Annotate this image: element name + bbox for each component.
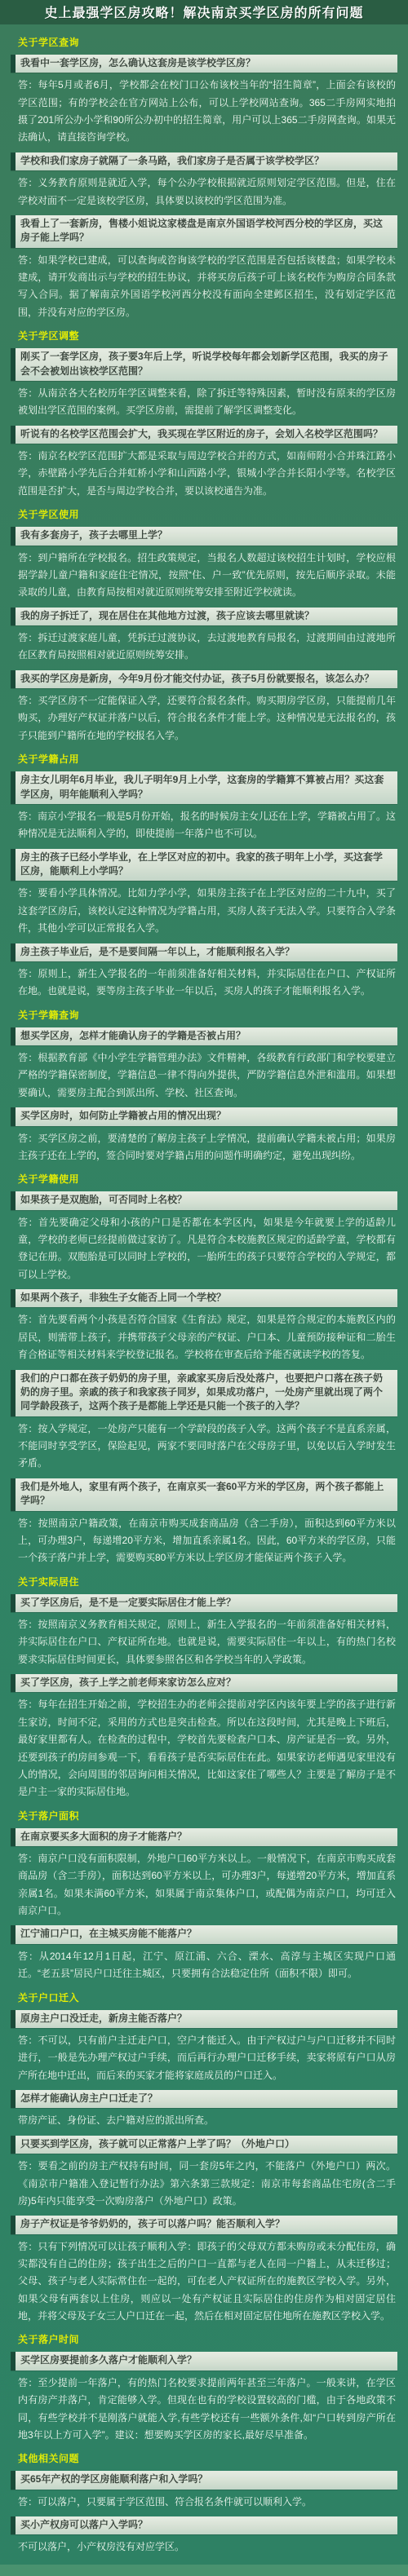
answer-text: 答：原则上，新生入学报名的一年前须准备好相关材料，并实际居住在户口、产权证所在地… <box>18 965 396 1001</box>
answer-text: 带房产证、身份证、去户籍对应的派出所查。 <box>18 2112 396 2129</box>
section-title: 关于学区调整 <box>18 329 397 342</box>
answer-text: 答：拆迁过渡家庭儿童，凭拆迁过渡协议，去过渡地教育局报名，过渡期间由过渡地所在区… <box>18 630 396 665</box>
answer-text: 答：从2014年12月1日起，江宁、原江浦、六合、溧水、高淳与主城区实现户口通迁… <box>18 1948 396 1983</box>
question-bar: 房子产权证是爷爷奶奶的，孩子可以落户吗？能否顺利入学？ <box>11 2216 397 2234</box>
section-title: 关于户口迁入 <box>18 1991 397 2004</box>
section-title: 其他相关问题 <box>18 2451 397 2465</box>
title-bar: 史上最强学区房攻略！解决南京买学区房的所有问题 <box>0 0 408 24</box>
page-footer <box>0 2565 408 2576</box>
question-bar: 我们是外地人，家里有两个孩子，在南京买一套60平方米的学区房，两个孩子都能上学吗… <box>11 1478 397 1511</box>
answer-text: 答：从南京各大名校历年学区调整来看，除了拆迁等特殊因素，暂时没有原来的学区房被划… <box>18 385 396 420</box>
answer-text: 答：南京户口没有面积限制，外地户口60平方米以上。一般情况下，在南京市购买成套商… <box>18 1850 396 1920</box>
answer-text: 答：根据教育部《中小学生学籍管理办法》文件精神，各级教育行政部门和学校要建立严格… <box>18 1049 396 1102</box>
section-title: 关于学籍占用 <box>18 752 397 766</box>
question-bar: 买65年产权的学区房能顺利落户和入学吗？ <box>11 2471 397 2489</box>
question-bar: 买了学区房后，是不是一定要实际居住才能上学？ <box>11 1594 397 1612</box>
answer-text: 答：义务教育原则是就近入学，每个公办学校根据就近原则划定学区范围。但是，住在学校… <box>18 175 396 210</box>
question-bar: 房主女儿明年6月毕业，我儿子明年9月上小学，这套房的学籍算不算被占用？买这套学区… <box>11 771 397 804</box>
question-bar: 房主孩子毕业后，是不是要间隔一年以上，才能顺利报名入学？ <box>11 943 397 961</box>
answer-text: 答：南京小学报名一般是5月份开始，报名的时候房主女儿还在上学，学籍被占用了。这种… <box>18 808 396 843</box>
question-bar: 只要买到学区房，孩子就可以正常落户上学了吗？（外地户口） <box>11 2136 397 2154</box>
answer-text: 答：到户籍所在学校报名。招生政策规定，当报名人数超过该校招生计划时，学校应根据学… <box>18 550 396 602</box>
question-bar: 我的房子拆迁了，现在居住在其他地方过渡，孩子应该去哪里就读？ <box>11 608 397 625</box>
question-bar: 我有多套房子，孩子去哪里上学？ <box>11 527 397 545</box>
question-bar: 我看中一套学区房，怎么确认这套房是该学校学区房？ <box>11 55 397 73</box>
answer-text: 答：如果学校已建成，可以查询或咨询该学校的学区范围是否包括该楼盘；如果学校未建成… <box>18 252 396 321</box>
faq-body: 关于学区查询我看中一套学区房，怎么确认这套房是该学校学区房？答：每年5月或者6月… <box>0 24 408 2565</box>
question-bar: 买小产权房可以落户入学吗？ <box>11 2516 397 2534</box>
answer-text: 答：可以落户，只要属于学区范围、符合报名条件就可以顺利入学。 <box>18 2494 396 2511</box>
question-bar: 我买的学区房是新房，今年9月份才能交付办证，孩子5月份就要报名，该怎么办？ <box>11 670 397 688</box>
answer-text: 答：不可以，只有前户主迁走户口，空户才能迁入。由于产权过户与户口迁移并不同时进行… <box>18 2032 396 2084</box>
answer-text: 答：买学区房不一定能保证入学，还要符合报名条件。购买期房学区房，只能提前几年购买… <box>18 692 396 745</box>
question-bar: 在南京要买多大面积的房子才能落户？ <box>11 1828 397 1846</box>
section-title: 关于学区查询 <box>18 35 397 49</box>
question-bar: 我们的户口都在孩子奶奶的房子里，亲戚家买房后没处落户，也要把户口落在孩子奶奶的房… <box>11 1370 397 1416</box>
question-bar: 学校和我们家房子就隔了一条马路，我们家房子是否属于该学校学区？ <box>11 152 397 170</box>
section-title: 关于学区使用 <box>18 507 397 521</box>
section-title: 关于学籍使用 <box>18 1172 397 1186</box>
answer-text: 答：首先要确定父母和小孩的户口是否都在本学区内，如果是今年就要上学的适龄儿童，学… <box>18 1214 396 1284</box>
answer-text: 答：南京名校学区范围扩大都是采取与周边学校合并的方式，如南师附小合并珠江路小学，… <box>18 448 396 500</box>
question-bar: 买学区房时，如何防止学籍被占用的情况出现？ <box>11 1107 397 1125</box>
question-bar: 买了学区房，孩子上学之前老师来家访怎么应对？ <box>11 1674 397 1692</box>
question-bar: 听说有的名校学区范围会扩大，我买现在学区附近的房子，会划入名校学区范围吗？ <box>11 426 397 444</box>
answer-text: 答：只有下列情况可以让孩子顺利入学：即孩子的父母双方都未购房或未分配住房，确实都… <box>18 2238 396 2326</box>
section-title: 关于落户时间 <box>18 2332 397 2346</box>
question-bar: 江宁浦口户口，在主城买房能不能落户？ <box>11 1925 397 1943</box>
section-title: 关于学籍查询 <box>18 1008 397 1022</box>
question-bar: 如果两个孩子，非独生子女能否上同一个学校？ <box>11 1289 397 1307</box>
answer-text: 答：每年5月或者6月，学校都会在校门口公布该校当年的“招生简章”，上面会有该校的… <box>18 77 396 146</box>
answer-text: 答：买学区房之前，要清楚的了解房主孩子上学情况，提前确认学籍未被占用；如果房主孩… <box>18 1130 396 1165</box>
section-title: 关于实际居住 <box>18 1575 397 1588</box>
page-title: 史上最强学区房攻略！解决南京买学区房的所有问题 <box>0 2 408 21</box>
question-bar: 原房主户口没迁走，新房主能否落户？ <box>11 2010 397 2028</box>
answer-text: 答：要看小学具体情况。比如力学小学，如果房主孩子在上学区对应的二十九中，买了这套… <box>18 885 396 937</box>
question-bar: 买学区房要提前多久落户才能顺利入学？ <box>11 2352 397 2370</box>
question-bar: 刚买了一套学区房，孩子要3年后上学，听说学校每年都会划新学区范围，我买的房子会不… <box>11 348 397 381</box>
question-bar: 我看上了一套新房，售楼小姐说这家楼盘是南京外国语学校河西分校的学区房，买这房子能… <box>11 215 397 248</box>
answer-text: 答：首先要看两个小孩是否符合国家《生育法》规定，如果是符合规定的本施教区内的居民… <box>18 1311 396 1363</box>
answer-text: 答：按入学规定，一处房产只能有一个学龄段的孩子入学。这两个孩子不是直系亲属，不能… <box>18 1421 396 1473</box>
faq-page: 史上最强学区房攻略！解决南京买学区房的所有问题 关于学区查询我看中一套学区房，怎… <box>0 0 408 2576</box>
question-bar: 想买学区房，怎样才能确认房子的学籍是否被占用？ <box>11 1027 397 1045</box>
answer-text: 答：按照南京户籍政策，在南京市购买成套商品房（含二手房），面积达到60平方米以上… <box>18 1515 396 1567</box>
question-bar: 怎样才能确认房主户口迁走了？ <box>11 2090 397 2108</box>
answer-text: 答：每年在招生开始之前，学校招生办的老师会提前对学区内该年要上学的孩子进行新生家… <box>18 1696 396 1801</box>
answer-text: 答：至少提前一年落户，有的热门名校要求提前两年甚至三年落户。一般来讲，在学区内有… <box>18 2375 396 2444</box>
section-title: 关于落户面积 <box>18 1809 397 1823</box>
answer-text: 不可以落户，小产权房没有对应学区。 <box>18 2538 396 2556</box>
question-bar: 房主的孩子已经小学毕业，在上学区对应的初中。我家的孩子明年上小学，买这套学区房，… <box>11 849 397 881</box>
question-bar: 如果孩子是双胞胎，可否同时上名校？ <box>11 1191 397 1209</box>
answer-text: 答：要看之前的房主产权持有时间，同一套房5年之内，不能落户（外地户口）两次。《南… <box>18 2158 396 2210</box>
answer-text: 答：按照南京义务教育相关规定，原则上，新生入学报名的一年前须准备好相关材料，并实… <box>18 1616 396 1668</box>
